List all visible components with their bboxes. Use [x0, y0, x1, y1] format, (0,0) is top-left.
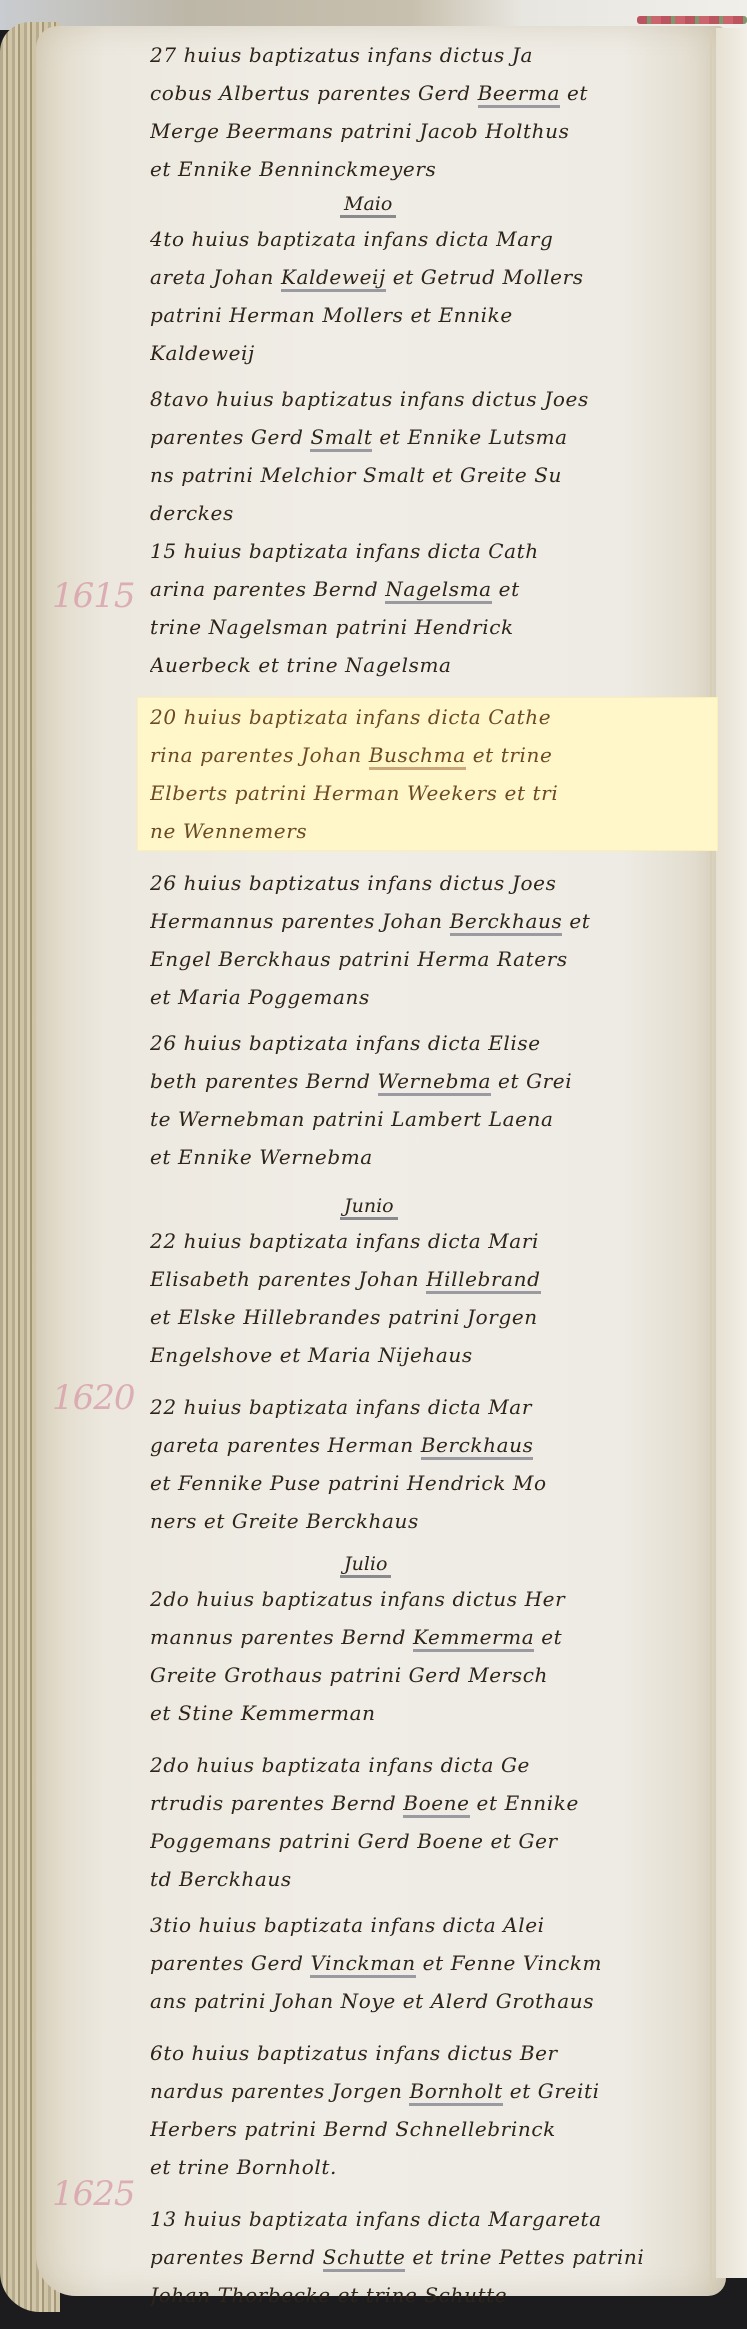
margin-year-note: 1625 — [52, 2174, 135, 2214]
entry-line: Hermannus parentes Johan Berckhaus et — [150, 902, 705, 940]
entry-line: trine Nagelsman patrini Hendrick — [150, 608, 705, 646]
page-gutter-line — [710, 30, 712, 2290]
entry-line: 26 huius baptizatus infans dictus Joes — [150, 864, 705, 902]
underlined-surname: Buschma — [369, 743, 466, 770]
underlined-surname: Wernebma — [378, 1069, 492, 1096]
entry-line: Greite Grothaus patrini Gerd Mersch — [150, 1656, 705, 1694]
entry-line: 8tavo huius baptizatus infans dictus Joe… — [150, 380, 705, 418]
month-label: Julio — [340, 1553, 391, 1578]
baptism-entry: 15 huius baptizata infans dicta Cath ari… — [150, 532, 705, 684]
baptism-entry: 22 huius baptizata infans dicta Mar gare… — [150, 1388, 705, 1540]
entry-line: Elisabeth parentes Johan Hillebrand — [150, 1260, 705, 1298]
baptism-entry: 4to huius baptizata infans dicta Marg ar… — [150, 220, 705, 372]
underlined-surname: Smalt — [310, 425, 372, 452]
entry-line: cobus Albertus parentes Gerd Beerma et — [150, 74, 705, 112]
entry-line: gareta parentes Herman Berckhaus — [150, 1426, 705, 1464]
entry-line: Merge Beermans patrini Jacob Holthus — [150, 112, 705, 150]
entry-line: parentes Bernd Schutte et trine Pettes p… — [150, 2238, 705, 2276]
month-heading: Maio — [150, 188, 705, 220]
baptism-entry: 26 huius baptizata infans dicta Elise be… — [150, 1024, 705, 1176]
entry-line: patrini Herman Mollers et Ennike — [150, 296, 705, 334]
entry-line: et Elske Hillebrandes patrini Jorgen — [150, 1298, 705, 1336]
highlighted-baptism-entry: 20 huius baptizata infans dicta Cathe ri… — [138, 698, 717, 850]
entry-line: te Wernebman patrini Lambert Laena — [150, 1100, 705, 1138]
month-label: Maio — [340, 193, 396, 218]
entry-line: arina parentes Bernd Nagelsma et — [150, 570, 705, 608]
underlined-surname: Berckhaus — [450, 909, 563, 936]
entry-line: 15 huius baptizata infans dicta Cath — [150, 532, 705, 570]
entry-line: et Fennike Puse patrini Hendrick Mo — [150, 1464, 705, 1502]
register-entries: 27 huius baptizatus infans dictus Ja cob… — [150, 36, 705, 2314]
entry-line: et Maria Poggemans — [150, 978, 705, 1016]
month-label: Junio — [340, 1195, 398, 1220]
underlined-surname: Bornholt — [409, 2079, 502, 2106]
entry-line: ners et Greite Berckhaus — [150, 1502, 705, 1540]
entry-line: et Stine Kemmerman — [150, 1694, 705, 1732]
underlined-surname: Schutte — [323, 2245, 406, 2272]
margin-year-note: 1620 — [52, 1378, 135, 1418]
baptism-entry: 13 huius baptizata infans dicta Margaret… — [150, 2200, 705, 2314]
entry-line: et trine Bornholt. — [150, 2148, 705, 2186]
entry-line: Engelshove et Maria Nijehaus — [150, 1336, 705, 1374]
month-heading: Julio — [150, 1548, 705, 1580]
baptism-entry: 27 huius baptizatus infans dictus Ja cob… — [150, 36, 705, 188]
entry-line: et Ennike Benninckmeyers — [150, 150, 705, 188]
baptism-entry: 26 huius baptizatus infans dictus Joes H… — [150, 864, 705, 1016]
entry-line: nardus parentes Jorgen Bornholt et Greit… — [150, 2072, 705, 2110]
entry-line: 4to huius baptizata infans dicta Marg — [150, 220, 705, 258]
entry-line: td Berckhaus — [150, 1860, 705, 1898]
next-page-edge — [716, 28, 747, 2278]
underlined-surname: Nagelsma — [385, 577, 491, 604]
entry-line: ns patrini Melchior Smalt et Greite Su — [150, 456, 705, 494]
entry-line: 2do huius baptizata infans dicta Ge — [150, 1746, 705, 1784]
entry-line: mannus parentes Bernd Kemmerma et — [150, 1618, 705, 1656]
month-heading: Junio — [150, 1190, 705, 1222]
entry-line: ne Wennemers — [150, 812, 717, 850]
entry-line: beth parentes Bernd Wernebma et Grei — [150, 1062, 705, 1100]
baptism-entry: 22 huius baptizata infans dicta Mari Eli… — [150, 1222, 705, 1374]
entry-line: Johan Thorbecke et trine Schutte — [150, 2276, 705, 2314]
entry-line: derckes — [150, 494, 705, 532]
underlined-surname: Kemmerma — [413, 1625, 534, 1652]
entry-line: et Ennike Wernebma — [150, 1138, 705, 1176]
entry-line: ans patrini Johan Noye et Alerd Grothaus — [150, 1982, 705, 2020]
entry-line: Poggemans patrini Gerd Boene et Ger — [150, 1822, 705, 1860]
bookmark-ribbon — [637, 16, 747, 24]
entry-line: 22 huius baptizata infans dicta Mari — [150, 1222, 705, 1260]
underlined-surname: Berckhaus — [421, 1433, 534, 1460]
underlined-surname: Boene — [403, 1791, 469, 1818]
underlined-surname: Beerma — [478, 81, 560, 108]
entry-line: 26 huius baptizata infans dicta Elise — [150, 1024, 705, 1062]
baptism-entry: 6to huius baptizatus infans dictus Ber n… — [150, 2034, 705, 2186]
baptism-entry: 2do huius baptizatus infans dictus Her m… — [150, 1580, 705, 1732]
entry-line: Auerbeck et trine Nagelsma — [150, 646, 705, 684]
entry-line: areta Johan Kaldeweij et Getrud Mollers — [150, 258, 705, 296]
entry-line: 2do huius baptizatus infans dictus Her — [150, 1580, 705, 1618]
entry-line: 20 huius baptizata infans dicta Cathe — [150, 698, 717, 736]
entry-line: 3tio huius baptizata infans dicta Alei — [150, 1906, 705, 1944]
entry-line: Elberts patrini Herman Weekers et tri — [150, 774, 717, 812]
margin-year-note: 1615 — [52, 576, 135, 616]
entry-line: 13 huius baptizata infans dicta Margaret… — [150, 2200, 705, 2238]
underlined-surname: Kaldeweij — [281, 265, 386, 292]
entry-line: rina parentes Johan Buschma et trine — [150, 736, 717, 774]
baptism-entry: 8tavo huius baptizatus infans dictus Joe… — [150, 380, 705, 532]
entry-line: Herbers patrini Bernd Schnellebrinck — [150, 2110, 705, 2148]
entry-line: Kaldeweij — [150, 334, 705, 372]
entry-line: 22 huius baptizata infans dicta Mar — [150, 1388, 705, 1426]
underlined-surname: Vinckman — [310, 1951, 415, 1978]
baptism-entry: 2do huius baptizata infans dicta Ge rtru… — [150, 1746, 705, 1898]
baptism-entry: 3tio huius baptizata infans dicta Alei p… — [150, 1906, 705, 2020]
entry-line: 6to huius baptizatus infans dictus Ber — [150, 2034, 705, 2072]
underlined-surname: Hillebrand — [426, 1267, 540, 1294]
entry-line: parentes Gerd Smalt et Ennike Lutsma — [150, 418, 705, 456]
entry-line: parentes Gerd Vinckman et Fenne Vinckm — [150, 1944, 705, 1982]
entry-line: 27 huius baptizatus infans dictus Ja — [150, 36, 705, 74]
entry-line: Engel Berckhaus patrini Herma Raters — [150, 940, 705, 978]
entry-line: rtrudis parentes Bernd Boene et Ennike — [150, 1784, 705, 1822]
